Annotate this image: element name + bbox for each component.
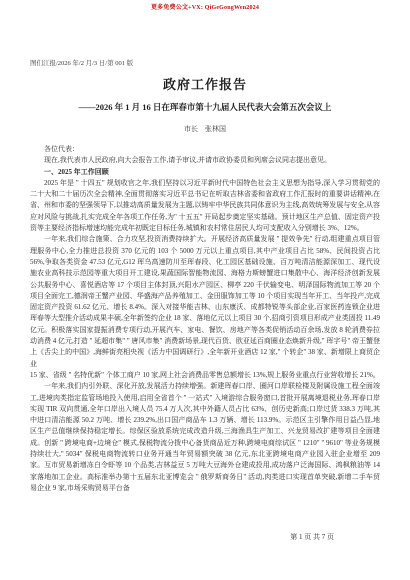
watermark-text: 更多免费公文+VX: QiGeGongWen2024 [0, 2, 410, 11]
document-subtitle: ——2026 年 1 月 16 日在珲春市第十九届人民代表大会第五次会议上 [0, 101, 410, 113]
paragraph: 各位代表： [30, 144, 380, 155]
paragraph: 现在,我代表市人民政府,向大会报告工作,请予审议,并请市政协委员和列席会议同志提… [30, 155, 380, 166]
paragraph: 一、2025 年工作回顾 [30, 167, 380, 178]
paragraph: 15 家、省级 " 名特优新" 个体工商户 10 家,网上社会消费品零售总额增长… [30, 370, 380, 381]
masthead-date-line: 图们江报/2026 年/2 月/3 日/第 001 版 [30, 58, 133, 67]
paragraph: 一年来,我们综合施策、合力攻坚,投资消费持续扩大。开展经济高质量发展 " 提效争… [30, 234, 380, 370]
paragraph: 2025 年是 " 十四五" 规划收官之年,我们坚持以习近平新时代中国特色社会主… [30, 178, 380, 234]
page-title: 政府工作报告 [0, 74, 410, 93]
byline: 市长 张林国 [0, 124, 410, 134]
document-page: 更多免费公文+VX: QiGeGongWen2024 图们江报/2026 年/2… [0, 0, 410, 580]
page-number: 第 1 页 共 7 页 [290, 532, 334, 542]
paragraph: 一年来,我们内引外联、深化开放,发展活力持续增强。新建珲春口岸、圈河口岸联检楼及… [30, 381, 380, 494]
body-paragraphs: 各位代表：现在,我代表市人民政府,向大会报告工作,请予审议,并请市政协委员和列席… [30, 144, 380, 494]
